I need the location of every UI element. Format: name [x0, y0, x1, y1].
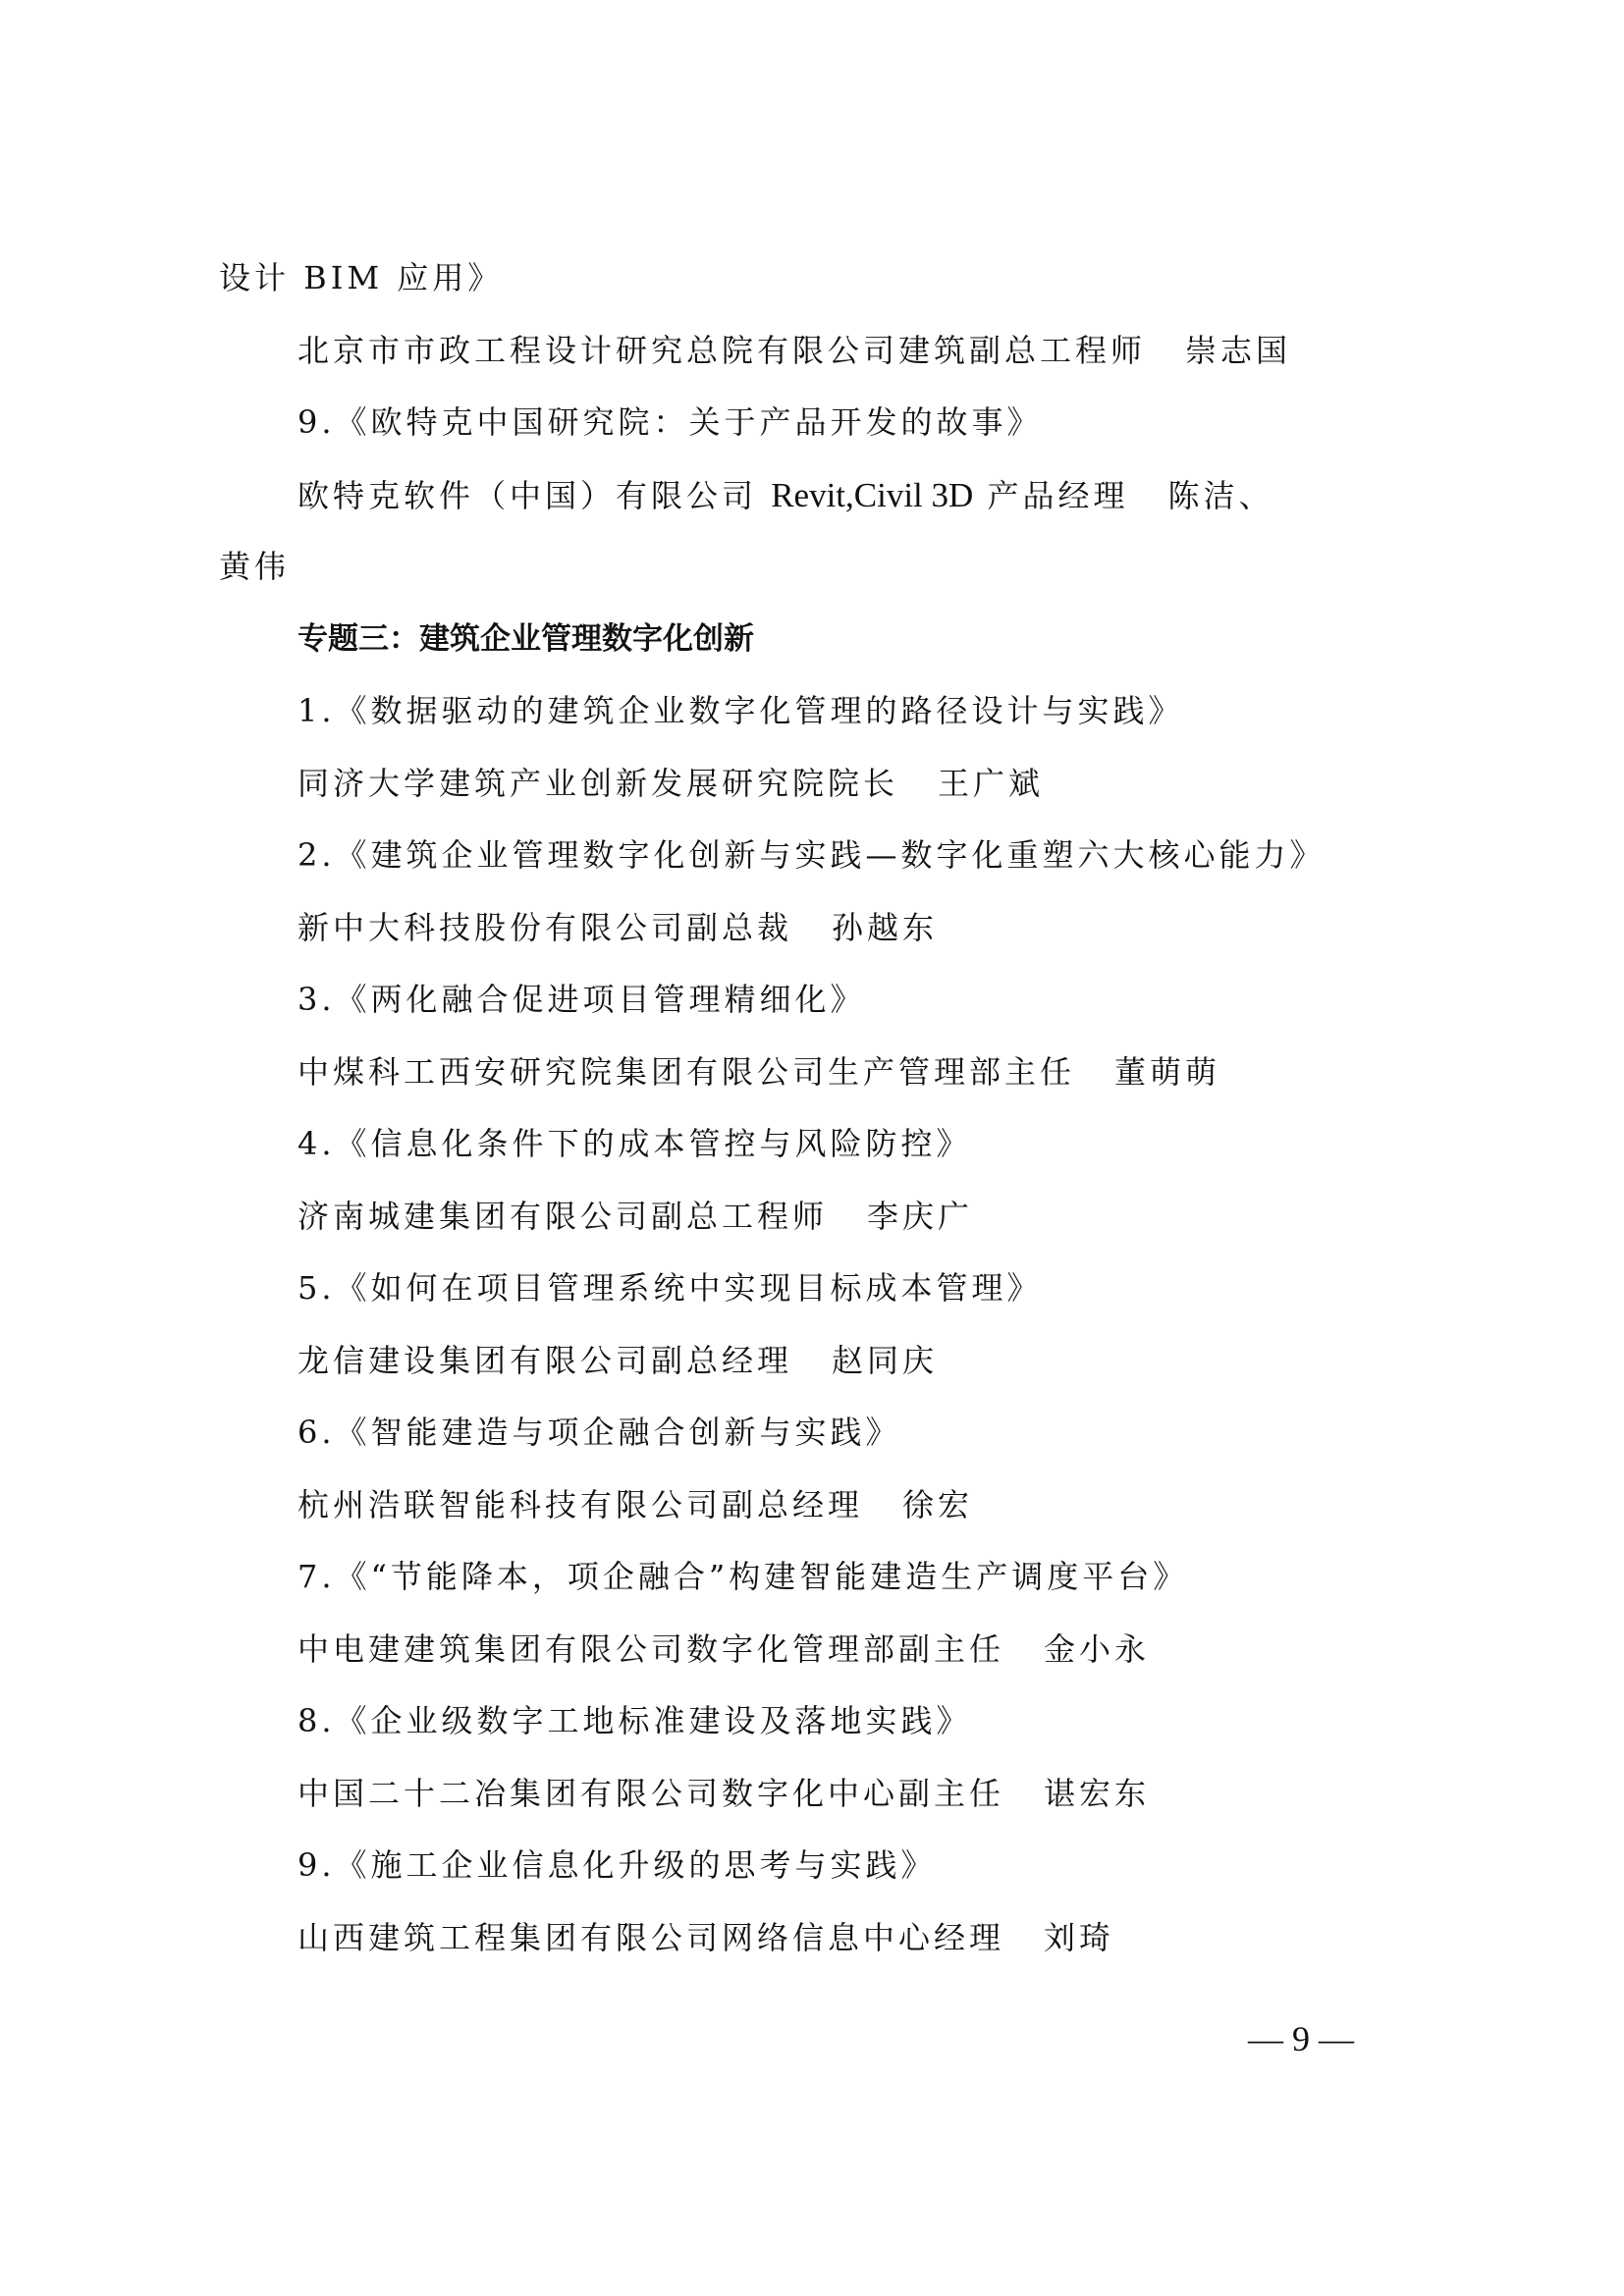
title-text: 2.《建筑企业管理数字化创新与实践—数字化重塑六大核心能力》 [298, 836, 1326, 874]
speaker-line: 新中大科技股份有限公司副总裁孙越东 [219, 892, 1412, 965]
speaker-name: 刘琦 [1044, 1919, 1114, 1956]
title-text: 9.《欧特克中国研究院：关于产品开发的故事》 [298, 403, 1043, 441]
speaker-line: 中电建建筑集团有限公司数字化管理部副主任金小永 [219, 1614, 1412, 1686]
speaker-affiliation: 北京市市政工程设计研究总院有限公司建筑副总工程师 [298, 332, 1146, 369]
talk-title: 6.《智能建造与项企融合创新与实践》 [219, 1397, 1412, 1469]
speaker-line: 欧特克软件（中国）有限公司 Revit,Civil 3D 产品经理陈洁、 [219, 459, 1412, 532]
title-continuation: 设计 BIM 应用》 [219, 242, 1412, 315]
title-text: 1.《数据驱动的建筑企业数字化管理的路径设计与实践》 [298, 692, 1184, 729]
speaker-affiliation: 杭州浩联智能科技有限公司副总经理 [298, 1486, 863, 1523]
title-text: 5.《如何在项目管理系统中实现目标成本管理》 [298, 1269, 1043, 1307]
talk-title: 7.《“节能降本，项企融合”构建智能建造生产调度平台》 [219, 1541, 1412, 1614]
title-text: 4.《信息化条件下的成本管控与风险防控》 [298, 1125, 972, 1162]
talk-title: 2.《建筑企业管理数字化创新与实践—数字化重塑六大核心能力》 [219, 820, 1412, 892]
talk-title: 8.《企业级数字工地标准建设及落地实践》 [219, 1685, 1412, 1758]
speaker-name: 谌宏东 [1044, 1775, 1150, 1812]
section-heading: 专题三：建筑企业管理数字化创新 [219, 604, 1412, 676]
title-text: 9.《施工企业信息化升级的思考与实践》 [298, 1846, 937, 1884]
speaker-line: 中煤科工西安研究院集团有限公司生产管理部主任董萌萌 [219, 1037, 1412, 1109]
speaker-line: 龙信建设集团有限公司副总经理赵同庆 [219, 1325, 1412, 1398]
talk-title: 4.《信息化条件下的成本管控与风险防控》 [219, 1108, 1412, 1181]
speaker-name: 金小永 [1044, 1630, 1150, 1668]
speaker-line: 济南城建集团有限公司副总工程师李庆广 [219, 1181, 1412, 1254]
talk-title: 3.《两化融合促进项目管理精细化》 [219, 964, 1412, 1037]
speaker-affiliation: 同济大学建筑产业创新发展研究院院长 [298, 765, 898, 802]
speaker-affiliation: 龙信建设集团有限公司副总经理 [298, 1342, 792, 1379]
section-heading-text: 专题三：建筑企业管理数字化创新 [298, 621, 754, 657]
title-text: 设计 BIM 应用》 [219, 259, 503, 296]
speaker-name: 崇志国 [1185, 332, 1291, 369]
speaker-line: 中国二十二冶集团有限公司数字化中心副主任谌宏东 [219, 1758, 1412, 1831]
title-text: 8.《企业级数字工地标准建设及落地实践》 [298, 1702, 972, 1739]
speaker-affiliation: 中电建建筑集团有限公司数字化管理部副主任 [298, 1630, 1004, 1668]
product-names: Revit,Civil 3D [771, 476, 973, 514]
speaker-name: 孙越东 [832, 909, 938, 946]
speaker-affiliation: 中国二十二冶集团有限公司数字化中心副主任 [298, 1775, 1004, 1812]
title-text: 7.《“节能降本，项企融合”构建智能建造生产调度平台》 [298, 1558, 1188, 1595]
talk-title: 5.《如何在项目管理系统中实现目标成本管理》 [219, 1253, 1412, 1325]
speaker-line: 北京市市政工程设计研究总院有限公司建筑副总工程师崇志国 [219, 315, 1412, 388]
speaker-name: 董萌萌 [1114, 1053, 1220, 1091]
talk-title: 1.《数据驱动的建筑企业数字化管理的路径设计与实践》 [219, 675, 1412, 748]
speaker-line: 山西建筑工程集团有限公司网络信息中心经理刘琦 [219, 1902, 1412, 1975]
page-number: — 9 — [1227, 2017, 1375, 2060]
speaker-affiliation: 欧特克软件（中国）有限公司 [298, 477, 757, 514]
speaker-name: 王广斌 [938, 765, 1044, 802]
speaker-name: 徐宏 [902, 1486, 973, 1523]
speaker-affiliation: 新中大科技股份有限公司副总裁 [298, 909, 792, 946]
document-page: 设计 BIM 应用》 北京市市政工程设计研究总院有限公司建筑副总工程师崇志国 9… [219, 242, 1412, 1974]
speaker-affiliation: 山西建筑工程集团有限公司网络信息中心经理 [298, 1919, 1004, 1956]
speaker-role: 产品经理 [987, 477, 1128, 514]
speaker-affiliation: 中煤科工西安研究院集团有限公司生产管理部主任 [298, 1053, 1075, 1091]
talk-title: 9.《施工企业信息化升级的思考与实践》 [219, 1830, 1412, 1902]
talk-title: 9.《欧特克中国研究院：关于产品开发的故事》 [219, 387, 1412, 459]
speaker-name: 赵同庆 [832, 1342, 938, 1379]
speaker-affiliation: 济南城建集团有限公司副总工程师 [298, 1198, 828, 1235]
title-text: 3.《两化融合促进项目管理精细化》 [298, 981, 866, 1018]
speaker-line: 同济大学建筑产业创新发展研究院院长王广斌 [219, 748, 1412, 821]
speaker-name: 黄伟 [219, 548, 290, 585]
title-text: 6.《智能建造与项企融合创新与实践》 [298, 1414, 901, 1451]
speaker-name: 李庆广 [867, 1198, 973, 1235]
speaker-name: 陈洁、 [1168, 477, 1274, 514]
speaker-line-wrap: 黄伟 [219, 531, 1412, 604]
speaker-line: 杭州浩联智能科技有限公司副总经理徐宏 [219, 1469, 1412, 1542]
